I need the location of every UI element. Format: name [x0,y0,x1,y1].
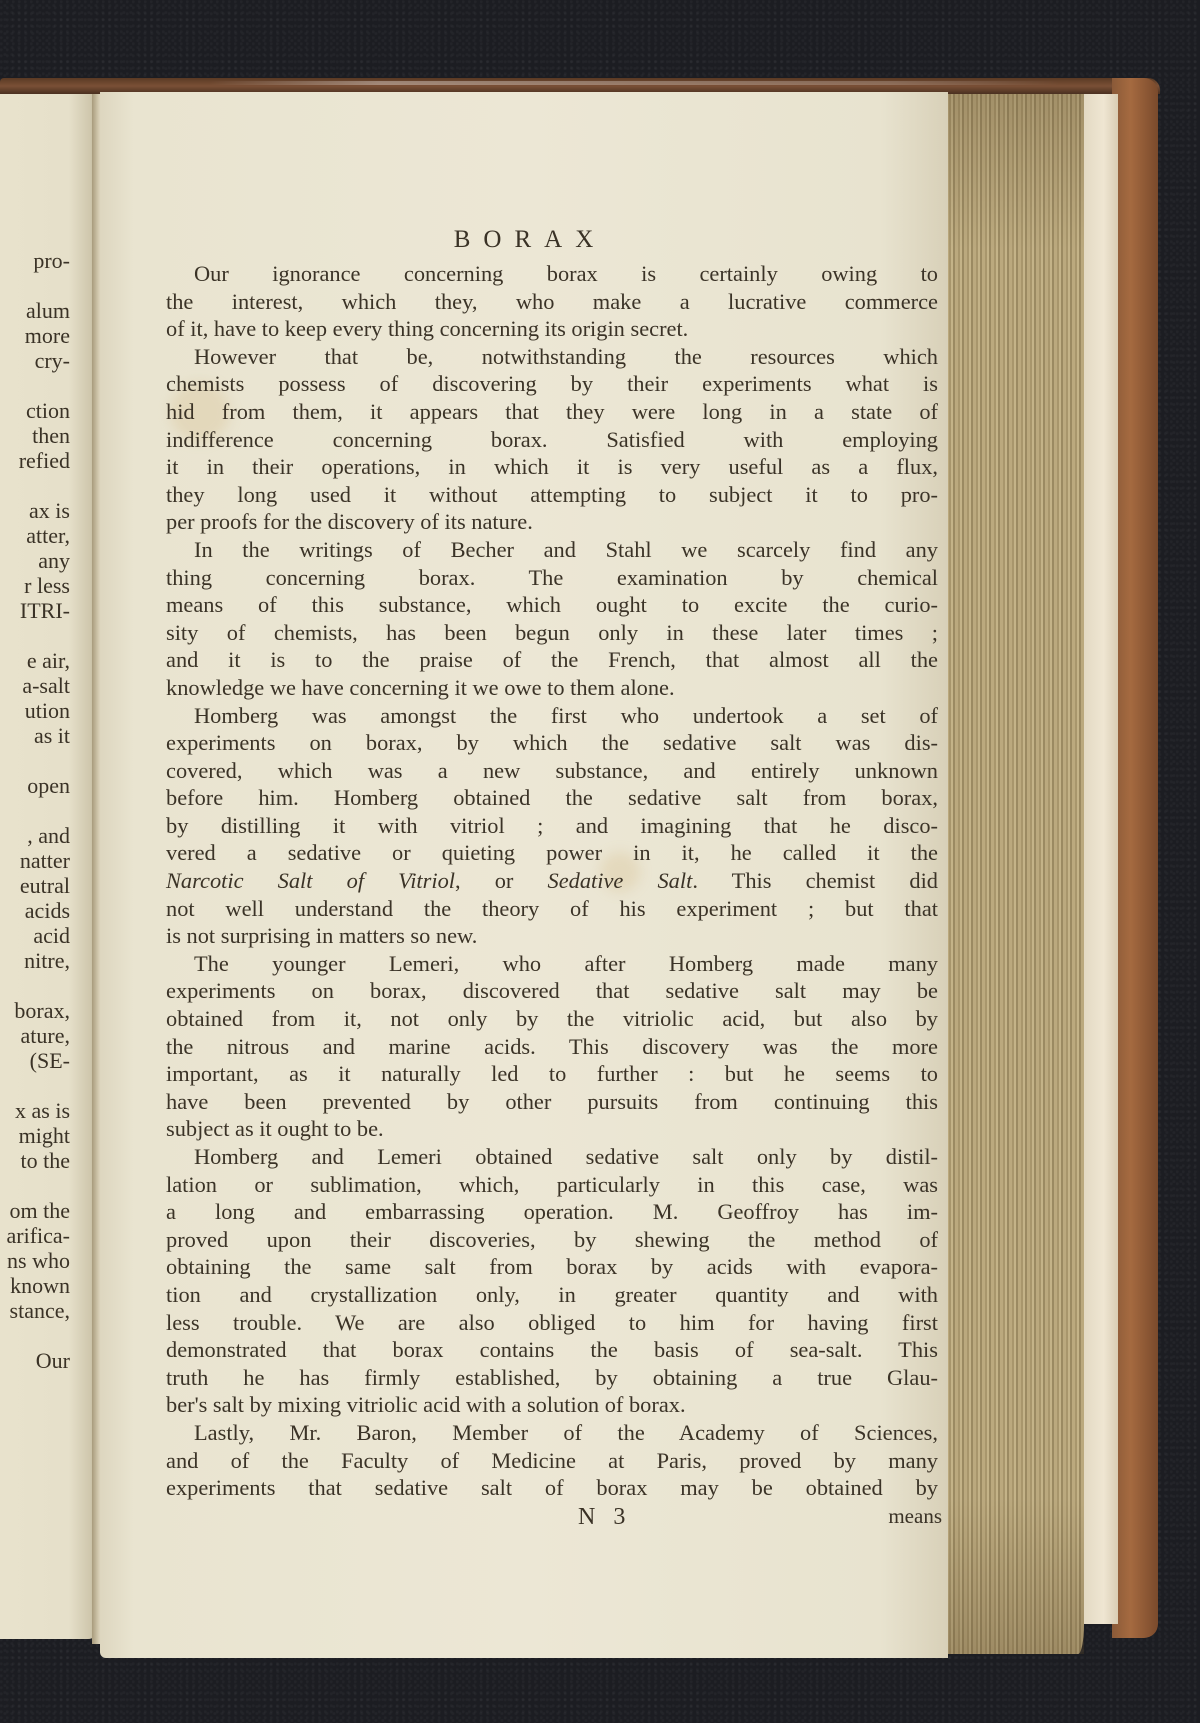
text-line: vered a sedative or quieting power in it… [166,839,938,867]
left-page-fragment: might [19,1123,70,1149]
italic-term: Sedative Salt [548,868,693,893]
left-page-fragment: to the [21,1148,71,1174]
text-line: is not surprising in matters so new. [166,922,938,950]
left-page-fragment: any [38,548,70,574]
left-page-fragment: pro- [33,248,70,274]
text-line: experiments on borax, by which the sedat… [166,729,938,757]
text-line: sity of chemists, has been begun only in… [166,619,938,647]
text-line: indifference concerning borax. Satisfied… [166,426,938,454]
text-line: hid from them, it appears that they were… [166,398,938,426]
text-span: . This chemist did [692,868,938,893]
text-line: and it is to the praise of the French, t… [166,646,938,674]
text-line: the interest, which they, who make a luc… [166,288,938,316]
text-line: means of this substance, which ought to … [166,591,938,619]
italic-term: Narcotic Salt of Vitriol [166,868,455,893]
left-page-fragment: open [27,773,70,799]
left-page-fragment: eutral [20,873,70,899]
text-line: lation or sublimation, which, particular… [166,1171,938,1199]
left-page-fragment: more [25,323,70,349]
text-line: per proofs for the discovery of its natu… [166,508,938,536]
left-page-fragment: then [32,423,70,449]
text-line: and of the Faculty of Medicine at Paris,… [166,1447,938,1475]
left-page-fragment: a-salt [22,673,70,699]
text-line: the nitrous and marine acids. This disco… [166,1033,938,1061]
text-line: However that be, notwithstanding the res… [166,343,938,371]
catchword: means [888,1504,942,1529]
text-line: less trouble. We are also obliged to him… [166,1309,938,1337]
left-page-fragment: atter, [26,523,70,549]
text-line: experiments that sedative salt of borax … [166,1474,938,1502]
left-page-fragment: ction [26,398,70,424]
endpaper [1082,94,1118,1624]
left-page-fragment: ns who [7,1248,70,1274]
text-line: tion and crystallization only, in greate… [166,1281,938,1309]
text-line: thing concerning borax. The examination … [166,564,938,592]
left-page-fragment: ature, [21,1023,70,1049]
text-line: knowledge we have concerning it we owe t… [166,674,938,702]
text-line: truth he has firmly established, by obta… [166,1364,938,1392]
text-line: Narcotic Salt of Vitriol, or Sedative Sa… [166,867,938,895]
left-page-fragment: ax is [29,498,70,524]
text-line: In the writings of Becher and Stahl we s… [166,536,938,564]
text-line: Homberg was amongst the first who undert… [166,702,938,730]
text-line: Lastly, Mr. Baron, Member of the Academy… [166,1419,938,1447]
text-line: ber's salt by mixing vitriolic acid with… [166,1391,938,1419]
left-page-fragment: om the [10,1198,71,1224]
left-page-fragment: nitre, [24,948,70,974]
left-page-fragment: alum [26,298,70,324]
left-page-fragment: as it [34,723,70,749]
text-span: , or [455,868,548,893]
left-page-fragment: ution [25,698,70,724]
signature-mark: N 3 [578,1504,631,1531]
text-line: The younger Lemeri, who after Homberg ma… [166,950,938,978]
text-line: obtaining the same salt from borax by ac… [166,1253,938,1281]
left-page-fragment: x as is [15,1098,70,1124]
text-line: experiments on borax, discovered that se… [166,977,938,1005]
left-page-fragment: Our [36,1348,70,1374]
left-page-fragment: ITRI- [20,598,70,624]
binding-gloss [210,81,1060,85]
body-text: Our ignorance concerning borax is certai… [166,260,938,1502]
text-line: not well understand the theory of his ex… [166,895,938,923]
left-page-fragment: cry- [35,348,70,374]
text-line: obtained from it, not only by the vitrio… [166,1005,938,1033]
text-line: they long used it without attempting to … [166,481,938,509]
text-line: important, as it naturally led to furthe… [166,1060,938,1088]
left-page-fragment: stance, [10,1298,70,1324]
left-page-fragment: known [10,1273,70,1299]
left-page-fragment: arifica- [7,1223,71,1249]
text-line: subject as it ought to be. [166,1115,938,1143]
left-page-fragment: acids [25,898,70,924]
text-line: it in their operations, in which it is v… [166,453,938,481]
text-line: by distilling it with vitriol ; and imag… [166,812,938,840]
running-head: BORAX [100,226,948,254]
left-page-fragment: e air, [27,648,70,674]
left-page: pro-alummorecry-ctionthenrefiedax isatte… [0,94,98,1639]
text-line: chemists possess of discovering by their… [166,370,938,398]
book-cover-edge [1112,78,1158,1638]
page-block-edges [944,94,1084,1654]
text-line: before him. Homberg obtained the sedativ… [166,784,938,812]
left-page-fragment: acid [33,923,70,949]
left-page-fragment: borax, [14,998,70,1024]
left-page-fragment: , and [27,823,70,849]
left-page-fragment: refied [19,448,70,474]
page-footer: N 3 means [166,1500,946,1530]
text-line: a long and embarrassing operation. M. Ge… [166,1198,938,1226]
text-line: of it, have to keep every thing concerni… [166,315,938,343]
text-line: Our ignorance concerning borax is certai… [166,260,938,288]
left-page-fragment: (SE- [30,1048,70,1074]
text-line: proved upon their discoveries, by shewin… [166,1226,938,1254]
text-line: demonstrated that borax contains the bas… [166,1336,938,1364]
text-line: covered, which was a new substance, and … [166,757,938,785]
text-line: have been prevented by other pursuits fr… [166,1088,938,1116]
left-page-fragment: natter [20,848,70,874]
right-page: BORAX Our ignorance concerning borax is … [100,92,948,1658]
text-line: Homberg and Lemeri obtained sedative sal… [166,1143,938,1171]
left-page-fragment: r less [24,573,70,599]
